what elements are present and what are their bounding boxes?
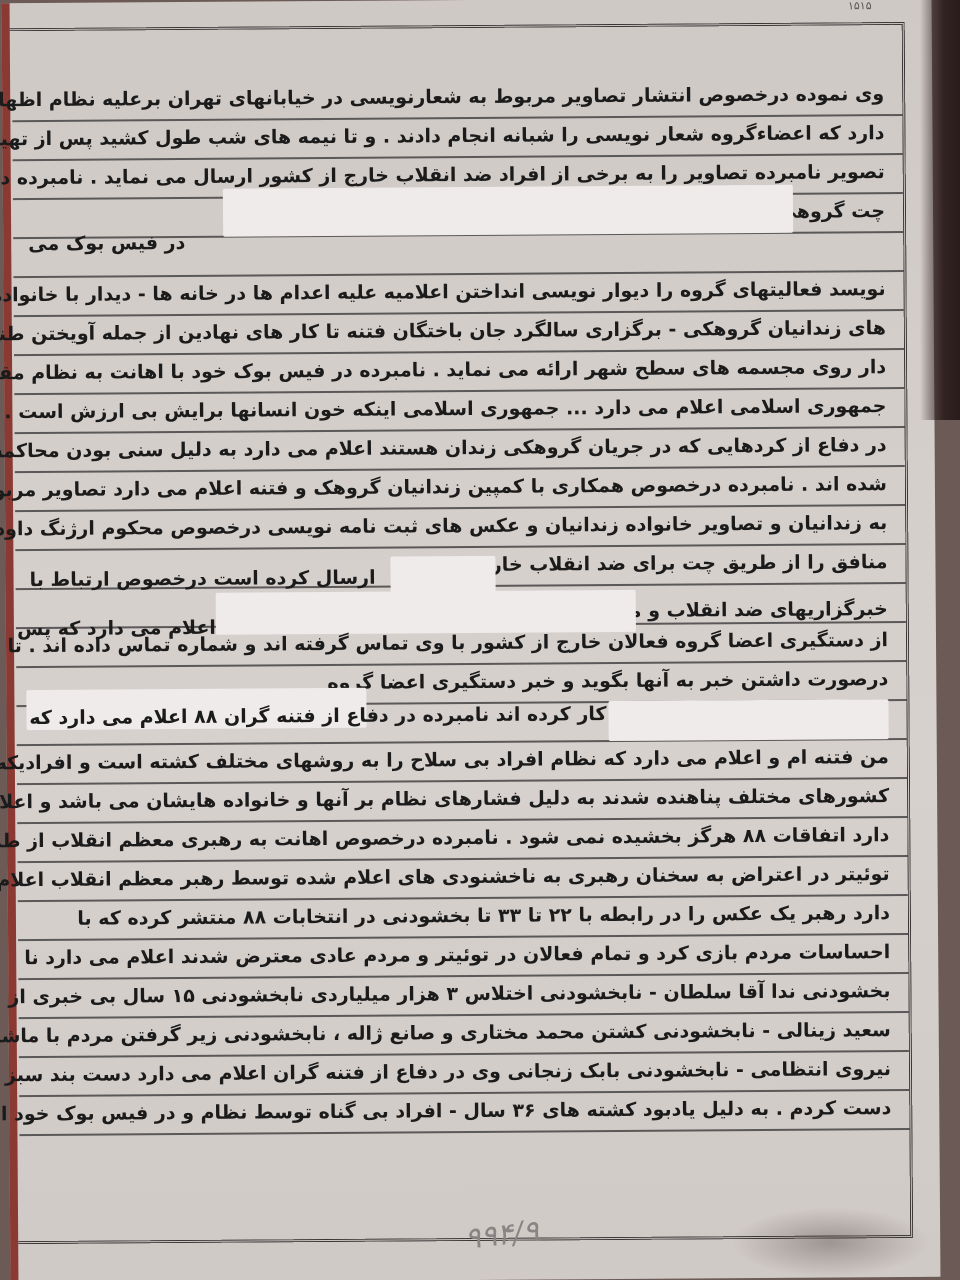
text-line: من فتنه ام و اعلام می دارد که نظام افراد… [17, 740, 907, 785]
text-line: به زندانیان و تصاویر خانواده زندانیان و … [15, 506, 905, 551]
document-page: ۱۵۱۵ وی نموده درخصوص انتشار تصاویر مربوط… [2, 0, 941, 1280]
text-line: احساسات مردم بازی کرد و تمام فعالان در ت… [18, 935, 908, 980]
redaction-box [223, 185, 793, 237]
redaction-box [608, 699, 888, 741]
document-body: وی نموده درخصوص انتشار تصاویر مربوط به ش… [12, 77, 909, 1136]
text-line: در فیس بوک می [13, 233, 903, 278]
text-line: جمهوری اسلامی اعلام می دارد ... جمهوری ا… [14, 389, 904, 434]
ink-smudge [730, 1207, 930, 1278]
text-line: دار روی مجسمه های سطح شهر ارائه می نماید… [14, 350, 904, 395]
text-line: دارد که اعضاءگروه شعار نویسی را شبانه ان… [12, 116, 902, 161]
text-line: منافق را از طریق چت برای ضد انقلاب خارج … [15, 545, 905, 590]
header-mark: ۱۵۱۵ [848, 0, 872, 12]
photo-shadow [920, 0, 960, 420]
text-line: وی نموده درخصوص انتشار تصاویر مربوط به ش… [12, 77, 902, 122]
text-line: در دفاع از کردهایی که در جریان گروهکی زن… [15, 428, 905, 473]
text-line: های زندانیان گروهکی - برگزاری سالگرد جان… [14, 311, 904, 356]
text-line: دارد رهبر یک عکس را در رابطه با ۲۲ تا ۳۳… [18, 896, 908, 941]
text-line: نویسد فعالیتهای گروه را دیوار نویسی اندا… [13, 272, 903, 317]
text-line: کار کرده اند نامبرده در دفاع از فتنه گرا… [16, 701, 906, 746]
text-line: از دستگیری اعضا گروه فعالان خارج از کشور… [16, 623, 906, 668]
text-line: کشورهای مختلف پناهنده شدند به دلیل فشاره… [17, 779, 907, 824]
text-line: دست کردم . به دلیل یادبود کشته های ۳۶ سا… [19, 1091, 909, 1136]
text-line: سعید زینالی - نابخشودنی کشتن محمد مختاری… [19, 1013, 909, 1058]
text-line: دارد اتفاقات ۸۸ هرگز بخشیده نمی شود . نا… [17, 818, 907, 863]
text-line: شده اند . نامبرده درخصوص همکاری با کمپین… [15, 467, 905, 512]
text-line: بخشودنی ندا آقا سلطان - نابخشودنی اختلاس… [18, 974, 908, 1019]
text-line: توئیتر در اعتراض به سخنان رهبری به ناخشن… [18, 857, 908, 902]
text-line: نیروی انتظامی - نابخشودنی بابک زنجانی وی… [19, 1052, 909, 1097]
text-line: خبرگزاریهای ضد انقلاب و معاند اعلام می د… [16, 584, 906, 629]
